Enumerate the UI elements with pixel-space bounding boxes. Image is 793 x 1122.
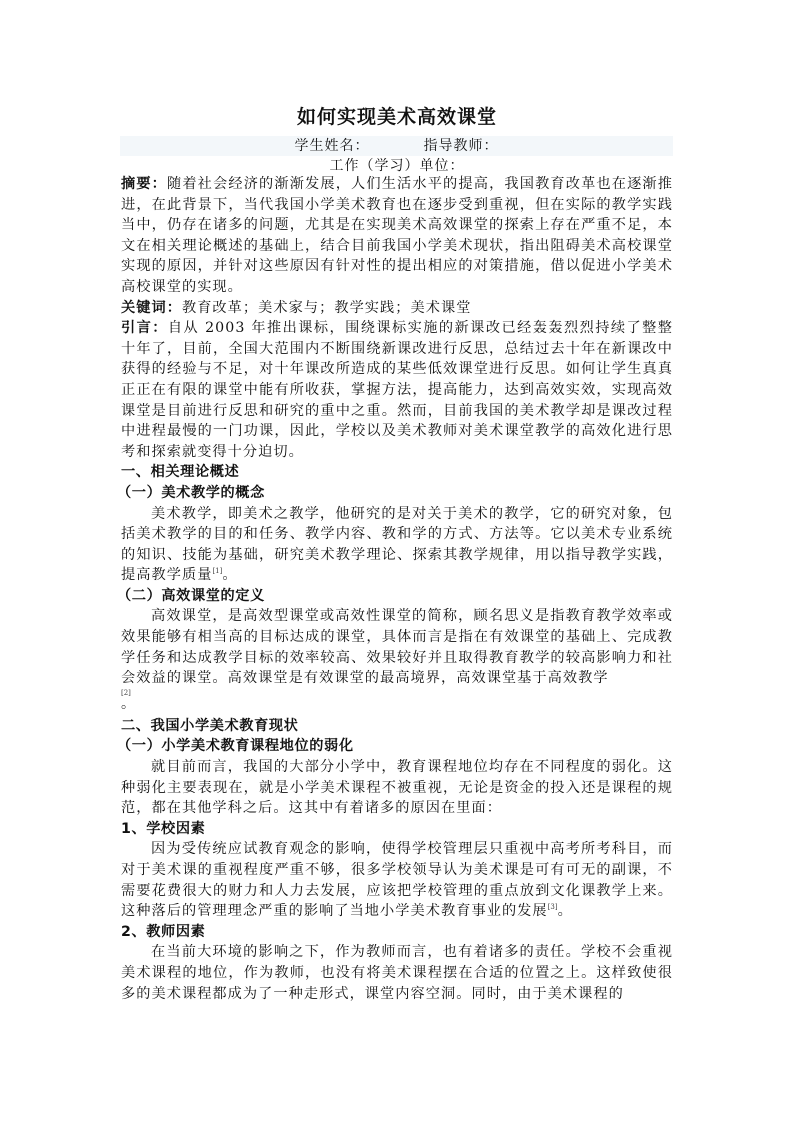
keywords-label: 关键词：: [121, 300, 182, 316]
paragraph-art-teaching-concept: 美术教学，即美术之教学，他研究的是对关于美术的教学，它的研究对象，包括美术教学的…: [121, 504, 673, 586]
paragraph-text: 高效课堂，是高效型课堂或高效性课堂的简称，顾名思义是指教育教学效率或效果能够有相…: [121, 608, 673, 686]
document-page: 如何实现美术高效课堂 学生姓名：指导教师： 工作（学习）单位： 摘要：随着社会经…: [121, 102, 673, 1004]
paper-title: 如何实现美术高效课堂: [121, 102, 673, 136]
abstract-label: 摘要：: [121, 176, 167, 192]
citation-ref-1[interactable]: [1]: [212, 567, 222, 575]
paragraph-end: 。: [222, 567, 237, 583]
paragraph-teacher-factors: 在当前大环境的影响之下，作为教师而言，也有着诸多的责任。学校不会重视美术课程的地…: [121, 942, 673, 1004]
keywords: 关键词：教育改革；美术家与；教学实践；美术课堂: [121, 298, 673, 319]
paragraph-text: 美术教学，即美术之教学，他研究的是对关于美术的教学，它的研究对象，包括美术教学的…: [121, 506, 673, 584]
paragraph-end: 。: [121, 698, 673, 710]
advisor-label: 指导教师：: [424, 136, 499, 156]
section-heading-2: 二、我国小学美术教育现状: [121, 716, 673, 737]
keywords-text: 教育改革；美术家与；教学实践；美术课堂: [182, 300, 472, 316]
paragraph-text: 因为受传统应试教育观念的影响，使得学校管理层只重视中高考所考科目，而对于美术课的…: [121, 841, 673, 919]
section-heading-1: 一、相关理论概述: [121, 462, 673, 483]
citation-ref-2[interactable]: [2]: [121, 689, 673, 698]
abstract-text: 随着社会经济的渐渐发展，人们生活水平的提高，我国教育改革也在逐渐推进，在此背景下…: [121, 176, 673, 295]
introduction-text: 自从 2003 年推出课标，围绕课标实施的新课改已经轰轰烈烈持续了整整十年了，目…: [121, 320, 673, 460]
paragraph-school-factors: 因为受传统应试教育观念的影响，使得学校管理层只重视中高考所考科目，而对于美术课的…: [121, 839, 673, 921]
paragraph-text: 就目前而言，我国的大部分小学中，教育课程地位均存在不同程度的弱化。这种弱化主要表…: [121, 759, 673, 816]
subsection-heading-1-2: （二）高效课堂的定义: [117, 586, 673, 607]
paragraph-course-status-weakening: 就目前而言，我国的大部分小学中，教育课程地位均存在不同程度的弱化。这种弱化主要表…: [121, 757, 673, 819]
work-unit-label: 工作（学习）单位：: [121, 156, 673, 174]
subsection-heading-1-1: （一）美术教学的概念: [117, 483, 673, 504]
introduction: 引言：自从 2003 年推出课标，围绕课标实施的新课改已经轰轰烈烈持续了整整十年…: [121, 318, 673, 462]
student-name-label: 学生姓名：: [295, 136, 370, 156]
subsection-heading-2-1: （一）小学美术教育课程地位的弱化: [117, 736, 673, 757]
citation-ref-3[interactable]: [3]: [548, 903, 558, 911]
paragraph-text: 在当前大环境的影响之下，作为教师而言，也有着诸多的责任。学校不会重视美术课程的地…: [121, 944, 673, 1001]
abstract: 摘要：随着社会经济的渐渐发展，人们生活水平的提高，我国教育改革也在逐渐推进，在此…: [121, 174, 673, 298]
paragraph-efficient-classroom-definition: 高效课堂，是高效型课堂或高效性课堂的简称，顾名思义是指教育教学效率或效果能够有相…: [121, 606, 673, 688]
author-info-band: 学生姓名：指导教师：: [120, 136, 673, 156]
introduction-label: 引言：: [121, 320, 168, 336]
paragraph-end: 。: [558, 903, 573, 919]
item-heading-teacher-factors: 2、教师因素: [121, 922, 673, 943]
item-heading-school-factors: 1、学校因素: [121, 819, 673, 840]
